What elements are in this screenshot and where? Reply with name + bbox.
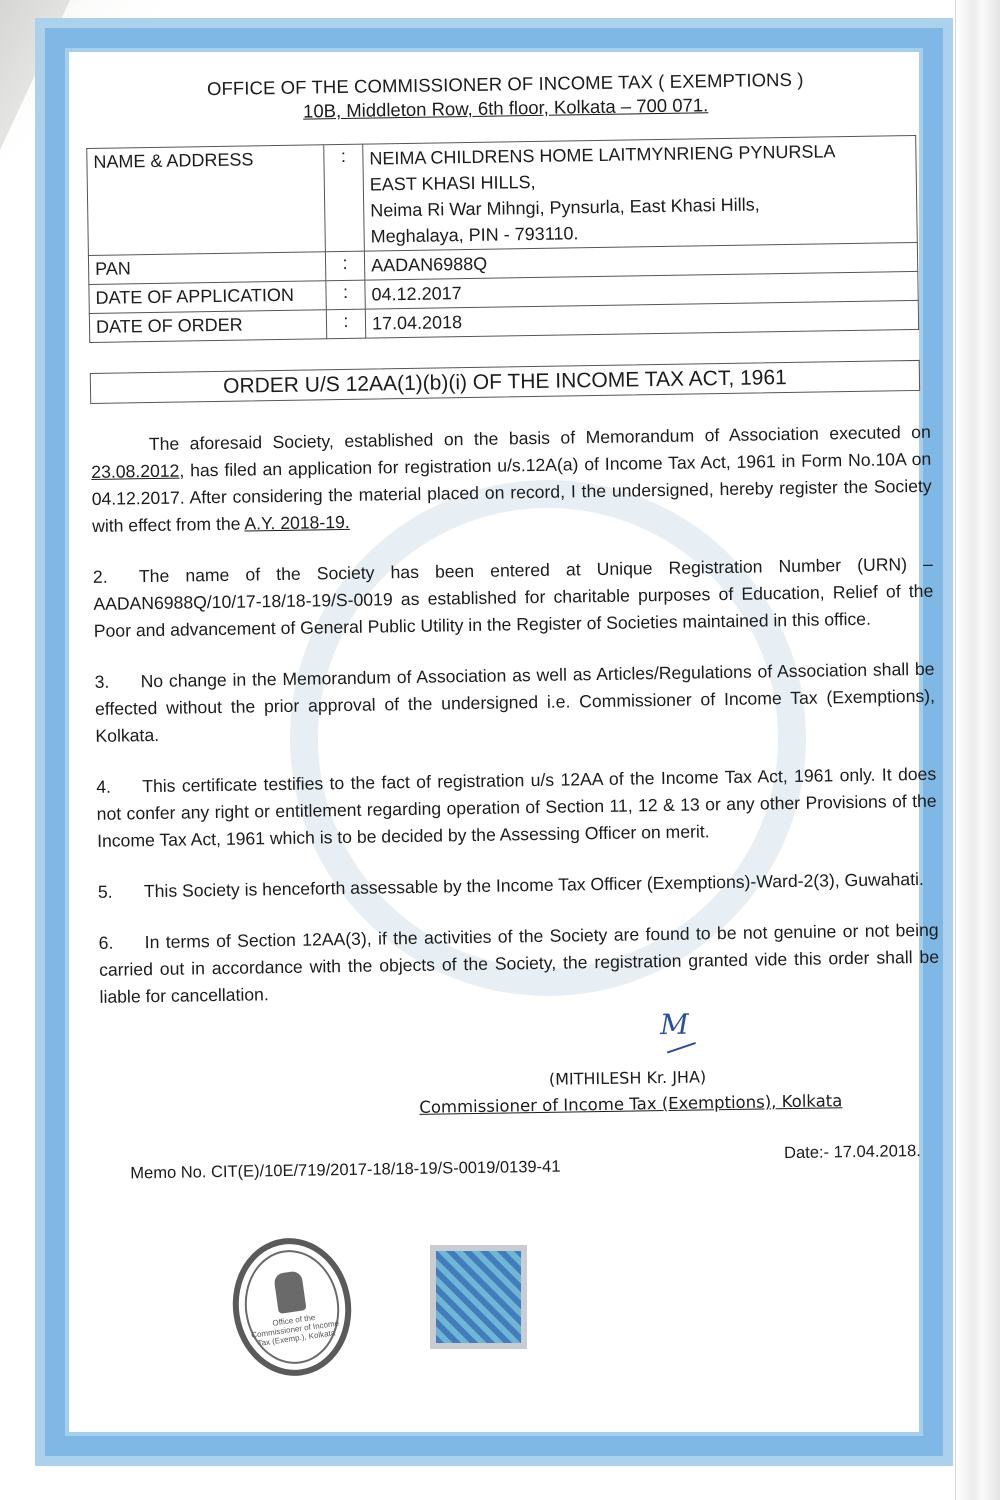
paragraph-1: The aforesaid Society, established on th… [91,419,933,540]
national-emblem-icon [273,1270,306,1314]
paragraph-6: 6.In terms of Section 12AA(3), if the ac… [99,917,940,1011]
memorandum-date: 23.08.2012 [91,461,179,482]
certificate-content: OFFICE OF THE COMMISSIONER OF INCOME TAX… [85,57,943,1201]
name-address-value: NEIMA CHILDRENS HOME LAITMYNRIENG PYNURS… [363,135,918,251]
page-edge-strip [955,0,1000,1500]
separator: : [324,144,365,252]
signatory-designation: Commissioner of Income Tax (Exemptions),… [419,1091,842,1117]
table-row: NAME & ADDRESS : NEIMA CHILDRENS HOME LA… [87,135,918,255]
seal-text: Office of the Commissioner of Income Tax… [249,1309,342,1348]
separator: : [326,280,365,310]
applicant-info-table: NAME & ADDRESS : NEIMA CHILDRENS HOME LA… [86,135,919,343]
separator: : [325,251,364,281]
order-date-label: DATE OF ORDER [89,310,326,343]
name-address-label: NAME & ADDRESS [87,145,326,256]
paragraph-2: 2.The name of the Society has been enter… [93,551,934,645]
hologram-sticker [430,1245,527,1349]
pan-label: PAN [88,252,325,285]
assessment-year: A.Y. 2018-19. [244,512,350,534]
application-date-label: DATE OF APPLICATION [89,281,326,314]
paragraph-3: 3.No change in the Memorandum of Associa… [94,656,935,750]
handwritten-signature: M [660,1008,689,1041]
signature-block: M (MITHILESH Kr. JHA) Commissioner of In… [100,998,942,1161]
separator: : [326,309,365,339]
paragraph-5: 5.This Society is henceforth assessable … [98,866,938,906]
order-heading: ORDER U/S 12AA(1)(b)(i) OF THE INCOME TA… [90,360,920,404]
memo-date: Date:- 17.04.2018. [784,1142,921,1163]
signatory-name: (MITHILESH Kr. JHA) [549,1067,707,1088]
paragraph-4: 4.This certificate testifies to the fact… [96,761,937,855]
signature-stroke [667,1042,696,1054]
memo-number: Memo No. CIT(E)/10E/719/2017-18/18-19/S-… [130,1158,560,1184]
